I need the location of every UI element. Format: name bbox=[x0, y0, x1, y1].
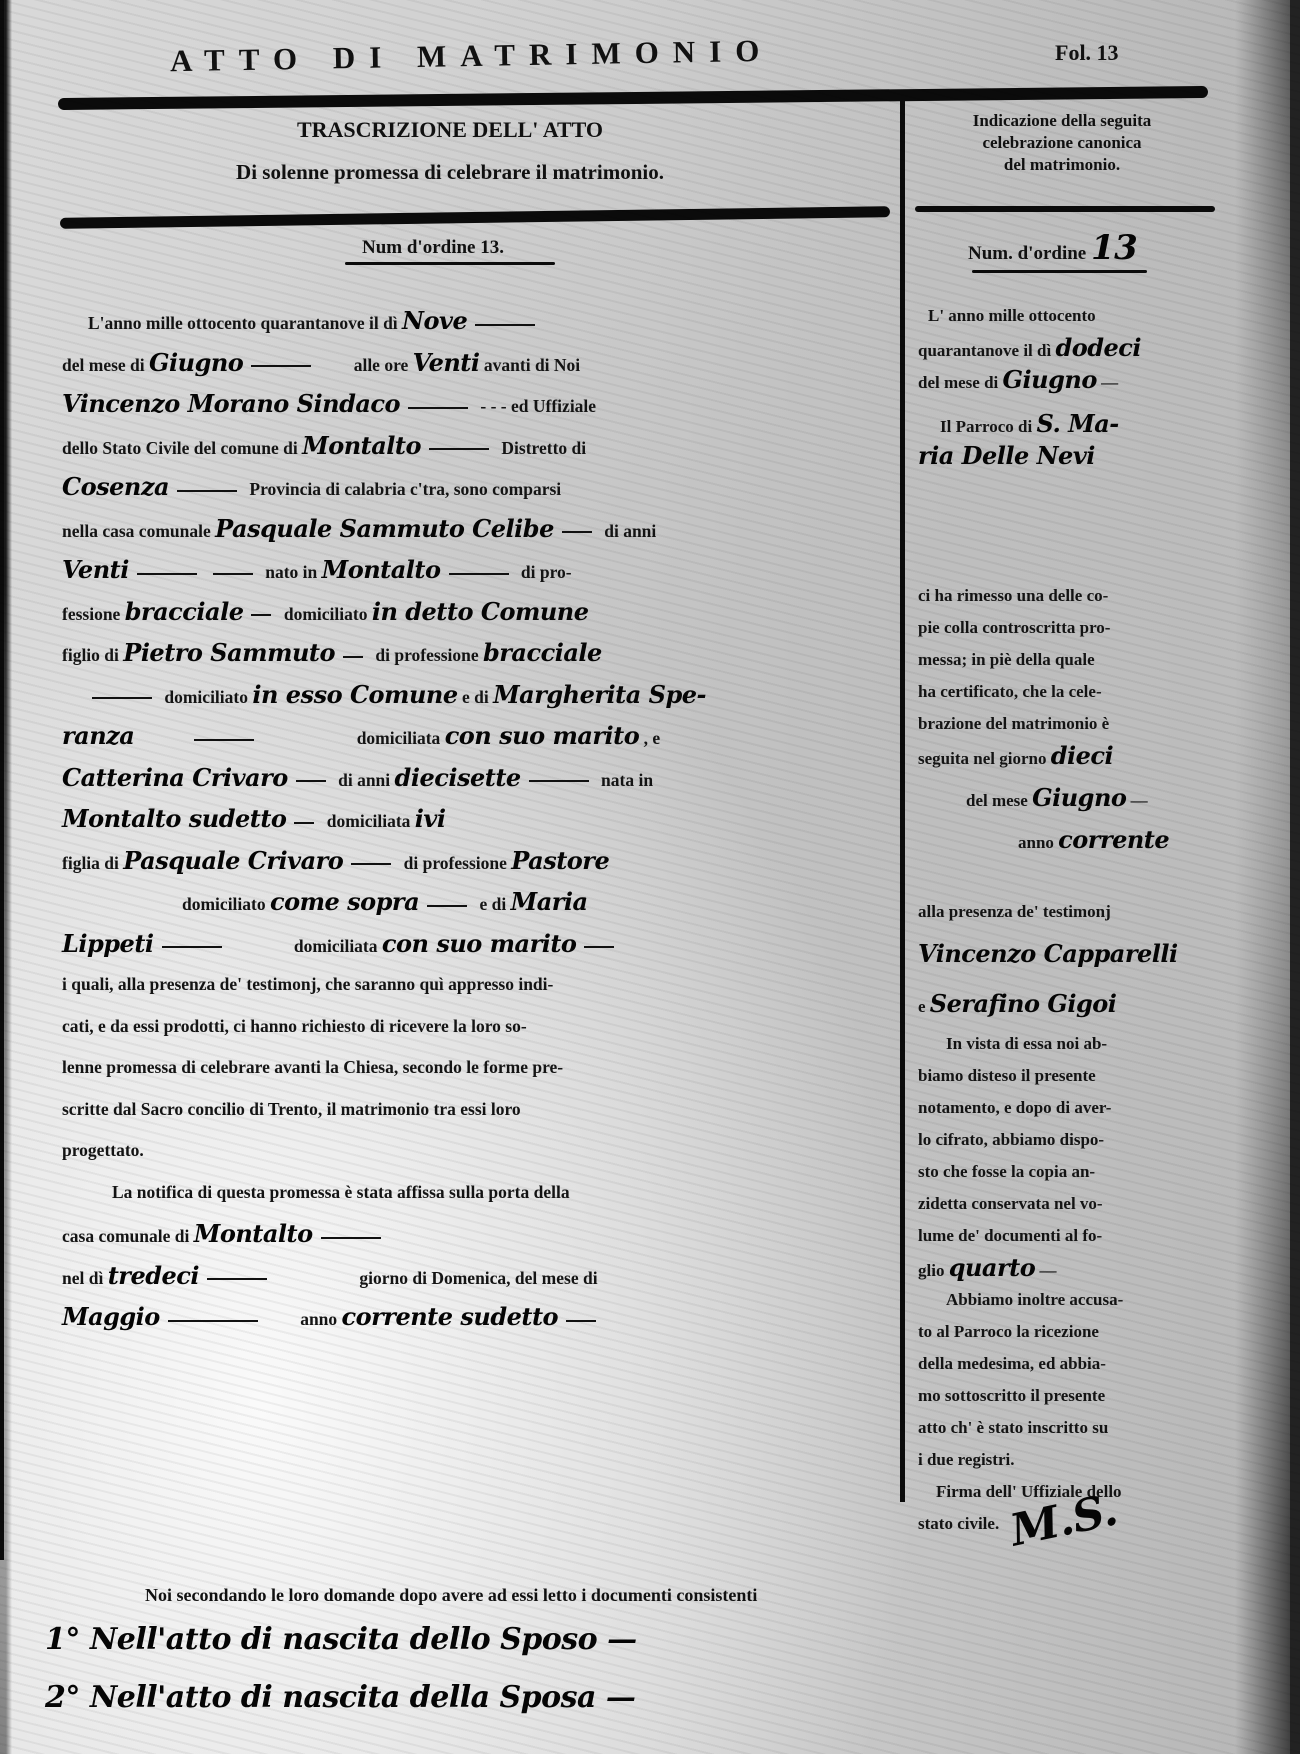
handwritten-folio: quarto bbox=[949, 1253, 1036, 1282]
text-line: nella casa comunale Pasquale Sammuto Cel… bbox=[62, 508, 882, 550]
print-text: seguita nel giorno bbox=[918, 749, 1046, 768]
text-line: scritte dal Sacro concilio di Trento, il… bbox=[62, 1089, 882, 1131]
print-text: fessione bbox=[62, 604, 120, 624]
print-text: del mese di bbox=[918, 373, 998, 392]
document-page: ATTO DI MATRIMONIO Fol. 13 TRASCRIZIONE … bbox=[0, 0, 1300, 1754]
handwritten-bride-mother-domicile: con suo marito bbox=[382, 929, 577, 958]
right-header: Indicazione della seguita celebrazione c… bbox=[912, 110, 1212, 176]
print-text: Abbiamo inoltre accusa- bbox=[918, 1284, 1218, 1316]
print-text: sto che fosse la copia an- bbox=[918, 1156, 1218, 1188]
print-text: In vista di essa noi ab- bbox=[918, 1028, 1218, 1060]
print-text: anno bbox=[300, 1309, 337, 1329]
print-text: quarantanove il dì bbox=[918, 341, 1051, 360]
right-num-ordine-label: Num. d'ordine bbox=[968, 243, 1086, 264]
handwritten-groom-profession: bracciale bbox=[125, 597, 244, 626]
print-text: e di bbox=[462, 687, 489, 707]
text-line: La notifica di questa promessa è stata a… bbox=[62, 1172, 882, 1214]
print-text: domiciliata bbox=[327, 811, 411, 831]
left-column-text: L'anno mille ottocento quarantanove il d… bbox=[62, 300, 882, 1338]
handwritten-mother-domicile: con suo marito bbox=[445, 721, 640, 750]
handwritten-parish-cont: ria Delle Nevi bbox=[918, 441, 1095, 470]
handwritten-bride-father-profession: Pastore bbox=[511, 846, 609, 875]
left-num-ordine-value: 13. bbox=[480, 237, 504, 258]
print-text: di professione bbox=[404, 853, 507, 873]
print-text: alla presenza de' testimonj bbox=[918, 896, 1218, 928]
handwritten-bride-name: Catterina Crivaro bbox=[62, 763, 288, 792]
print-text: anno bbox=[1018, 833, 1054, 852]
right-header-line-2: celebrazione canonica bbox=[912, 132, 1212, 154]
text-line: e Serafino Gigoi bbox=[918, 988, 1218, 1020]
handwritten-district: Cosenza bbox=[62, 472, 169, 501]
text-line: ria Delle Nevi bbox=[918, 440, 1218, 472]
handwritten-father-profession: bracciale bbox=[483, 638, 602, 667]
left-header-subtitle: Di solenne promessa di celebrare il matr… bbox=[60, 160, 840, 185]
handwritten-document-1: 1° Nell'atto di nascita dello Sposo — bbox=[45, 1622, 637, 1657]
print-text: progettato. bbox=[62, 1140, 144, 1160]
text-line: figlia di Pasquale Crivaro di profession… bbox=[62, 840, 882, 882]
text-line: domiciliato in esso Comune e di Margheri… bbox=[62, 674, 882, 716]
print-text: to al Parroco la ricezione bbox=[918, 1316, 1218, 1348]
text-line: Cosenza Provincia di calabria c'tra, son… bbox=[62, 466, 882, 508]
handwritten-rite-day: dieci bbox=[1051, 741, 1113, 770]
right-header-line-1: Indicazione della seguita bbox=[912, 110, 1212, 132]
handwritten-rite-year: corrente bbox=[1058, 825, 1169, 854]
right-header-line-3: del matrimonio. bbox=[912, 154, 1212, 176]
text-line: L'anno mille ottocento quarantanove il d… bbox=[62, 300, 882, 342]
print-text: di pro- bbox=[521, 562, 572, 582]
handwritten-document-2: 2° Nell'atto di nascita della Sposa — bbox=[45, 1680, 635, 1715]
print-text: casa comunale di bbox=[62, 1226, 189, 1246]
print-text: domiciliata bbox=[294, 936, 378, 956]
text-line: ranza domiciliata con suo marito , e bbox=[62, 715, 882, 757]
print-text: della medesima, ed abbia- bbox=[918, 1348, 1218, 1380]
handwritten-comune: Montalto bbox=[302, 431, 421, 460]
print-text: notamento, e dopo di aver- bbox=[918, 1092, 1218, 1124]
print-text: di anni bbox=[338, 770, 390, 790]
handwritten-parish: S. Ma- bbox=[1036, 409, 1118, 438]
print-text: zidetta conservata nel vo- bbox=[918, 1188, 1218, 1220]
print-text: del mese bbox=[966, 791, 1028, 810]
right-num-ordine: Num. d'ordine 13 bbox=[968, 228, 1137, 268]
handwritten-groom-mother-cont: ranza bbox=[62, 721, 134, 750]
text-line: Lippeti domiciliata con suo marito bbox=[62, 923, 882, 965]
print-text: i quali, alla presenza de' testimonj, ch… bbox=[62, 974, 553, 994]
handwritten-groom-domicile: in detto Comune bbox=[372, 597, 589, 626]
print-text: ci ha rimesso una delle co- bbox=[918, 580, 1218, 612]
handwritten-witness-1: Vincenzo Capparelli bbox=[918, 939, 1178, 968]
print-text: del mese di bbox=[62, 355, 145, 375]
text-line: Il Parroco di S. Ma- bbox=[918, 408, 1218, 440]
handwritten-bride-domicile: ivi bbox=[415, 804, 446, 833]
text-line: nel dì tredeci giorno di Domenica, del m… bbox=[62, 1255, 882, 1297]
print-text: nella casa comunale bbox=[62, 521, 211, 541]
print-text: cati, e da essi prodotti, ci hanno richi… bbox=[62, 1016, 527, 1036]
print-text: brazione del matrimonio è bbox=[918, 708, 1218, 740]
right-column-text: L' anno mille ottocento quarantanove il … bbox=[918, 300, 1218, 1540]
handwritten-bride-father: Pasquale Crivaro bbox=[123, 846, 343, 875]
text-line: Catterina Crivaro di anni diecisette nat… bbox=[62, 757, 882, 799]
folio-number: Fol. 13 bbox=[1055, 40, 1119, 66]
print-text: dello Stato Civile del comune di bbox=[62, 438, 298, 458]
document-title: ATTO DI MATRIMONIO bbox=[170, 33, 774, 80]
print-text: messa; in piè della quale bbox=[918, 644, 1218, 676]
top-rule bbox=[58, 86, 1208, 110]
handwritten-groom-father: Pietro Sammuto bbox=[123, 638, 335, 667]
column-divider bbox=[900, 92, 905, 1502]
print-text: atto ch' è stato inscritto su bbox=[918, 1412, 1218, 1444]
text-line: Vincenzo Capparelli bbox=[918, 938, 1218, 970]
handwritten-posting-comune: Montalto bbox=[194, 1219, 313, 1248]
text-line: seguita nel giorno dieci bbox=[918, 740, 1218, 772]
left-header-title: TRASCRIZIONE DELL' ATTO bbox=[60, 117, 840, 143]
handwritten-groom-birthplace: Montalto bbox=[322, 555, 441, 584]
print-text: avanti di Noi bbox=[484, 355, 580, 375]
print-text: mo sottoscritto il presente bbox=[918, 1380, 1218, 1412]
print-text: ha certificato, che la cele- bbox=[918, 676, 1218, 708]
print-text: domiciliata bbox=[357, 728, 441, 748]
print-text: di professione bbox=[375, 645, 478, 665]
print-text: lume de' documenti al fo- bbox=[918, 1220, 1218, 1252]
right-num-ordine-underline bbox=[972, 270, 1147, 273]
text-line: glio quarto — bbox=[918, 1252, 1218, 1284]
text-line: del mese Giugno — bbox=[918, 782, 1218, 814]
print-text: giorno di Domenica, del mese di bbox=[359, 1268, 597, 1288]
text-line: cati, e da essi prodotti, ci hanno richi… bbox=[62, 1006, 882, 1048]
text-line: lenne promessa di celebrare avanti la Ch… bbox=[62, 1047, 882, 1089]
print-text: domiciliato bbox=[284, 604, 368, 624]
left-num-ordine-underline bbox=[345, 262, 555, 265]
print-text: L'anno mille ottocento quarantanove il d… bbox=[88, 313, 398, 333]
text-line: casa comunale di Montalto bbox=[62, 1213, 882, 1255]
print-text: alle ore bbox=[354, 355, 409, 375]
handwritten-bride-mother: Maria bbox=[511, 887, 588, 916]
print-text: e di bbox=[480, 894, 507, 914]
handwritten-groom-mother: Margherita Spe- bbox=[493, 680, 706, 709]
print-text: domiciliato bbox=[164, 687, 248, 707]
print-text: Distretto di bbox=[501, 438, 586, 458]
print-text: glio bbox=[918, 1261, 944, 1280]
text-line: anno corrente bbox=[918, 824, 1218, 856]
text-line: del mese di Giugno — bbox=[918, 364, 1218, 396]
print-text: L' anno mille ottocento bbox=[918, 300, 1218, 332]
text-line: progettato. bbox=[62, 1130, 882, 1172]
handwritten-celebration-day: dodeci bbox=[1055, 333, 1141, 362]
text-line: fessione bracciale domiciliato in detto … bbox=[62, 591, 882, 633]
handwritten-posting-month: Maggio bbox=[62, 1302, 160, 1331]
print-text: nata in bbox=[601, 770, 653, 790]
handwritten-groom-age: Venti bbox=[62, 555, 129, 584]
text-line: Montalto sudetto domiciliata ivi bbox=[62, 798, 882, 840]
print-text: figlia di bbox=[62, 853, 119, 873]
page-left-edge bbox=[0, 0, 4, 1560]
print-text: lo cifrato, abbiamo dispo- bbox=[918, 1124, 1218, 1156]
handwritten-witness-2: Serafino Gigoi bbox=[930, 989, 1117, 1018]
print-text: lenne promessa di celebrare avanti la Ch… bbox=[62, 1057, 563, 1077]
print-text: i due registri. bbox=[918, 1444, 1218, 1476]
text-line: quarantanove il dì dodeci bbox=[918, 332, 1218, 364]
handwritten-day: Nove bbox=[402, 306, 467, 335]
text-line: Venti nato in Montalto di pro- bbox=[62, 549, 882, 591]
left-num-ordine: Num d'ordine 13. bbox=[362, 237, 504, 259]
print-text: domiciliato bbox=[182, 894, 266, 914]
print-text: scritte dal Sacro concilio di Trento, il… bbox=[62, 1099, 521, 1119]
print-text: pie colla controscritta pro- bbox=[918, 612, 1218, 644]
print-text: nato in bbox=[265, 562, 317, 582]
print-text: Il Parroco di bbox=[940, 417, 1032, 436]
print-text: figlio di bbox=[62, 645, 119, 665]
print-text: di anni bbox=[604, 521, 656, 541]
handwritten-posting-day: tredeci bbox=[108, 1261, 199, 1290]
right-num-ordine-value: 13 bbox=[1091, 228, 1137, 268]
bottom-print-line: Noi secondando le loro domande dopo aver… bbox=[145, 1585, 757, 1606]
handwritten-father-domicile: in esso Comune bbox=[252, 680, 457, 709]
handwritten-celebration-month: Giugno bbox=[1003, 365, 1097, 394]
print-text: biamo disteso il presente bbox=[918, 1060, 1218, 1092]
handwritten-posting-year: corrente sudetto bbox=[342, 1302, 559, 1331]
page-right-edge bbox=[1290, 0, 1300, 1754]
handwritten-bride-age: diecisette bbox=[395, 763, 521, 792]
print-text: e bbox=[918, 997, 926, 1016]
print-text: nel dì bbox=[62, 1268, 103, 1288]
print-text: Provincia di calabria c'tra, sono compar… bbox=[249, 479, 561, 499]
handwritten-officer-name: Vincenzo Morano Sindaco bbox=[62, 389, 400, 418]
handwritten-hour: Venti bbox=[413, 348, 480, 377]
handwritten-month: Giugno bbox=[149, 348, 243, 377]
text-line: figlio di Pietro Sammuto di professione … bbox=[62, 632, 882, 674]
print-text: ed Uffiziale bbox=[511, 396, 596, 416]
text-line: domiciliato come sopra e di Maria bbox=[62, 881, 882, 923]
text-line: Vincenzo Morano Sindaco - - - ed Uffizia… bbox=[62, 383, 882, 425]
text-line: i quali, alla presenza de' testimonj, ch… bbox=[62, 964, 882, 1006]
handwritten-bride-mother-cont: Lippeti bbox=[62, 929, 154, 958]
text-line: dello Stato Civile del comune di Montalt… bbox=[62, 425, 882, 467]
handwritten-bride-father-domicile: come sopra bbox=[270, 887, 419, 916]
text-line: del mese di Giugno alle ore Venti avanti… bbox=[62, 342, 882, 384]
left-num-ordine-label: Num d'ordine bbox=[362, 237, 476, 258]
handwritten-rite-month: Giugno bbox=[1032, 783, 1126, 812]
text-line: Maggio anno corrente sudetto bbox=[62, 1296, 882, 1338]
left-header-rule bbox=[60, 206, 890, 229]
print-text: , e bbox=[644, 728, 661, 748]
handwritten-bride-birthplace: Montalto sudetto bbox=[62, 804, 286, 833]
handwritten-groom-name: Pasquale Sammuto Celibe bbox=[215, 514, 554, 543]
right-header-rule bbox=[915, 206, 1215, 212]
print-text: La notifica di questa promessa è stata a… bbox=[112, 1182, 570, 1202]
